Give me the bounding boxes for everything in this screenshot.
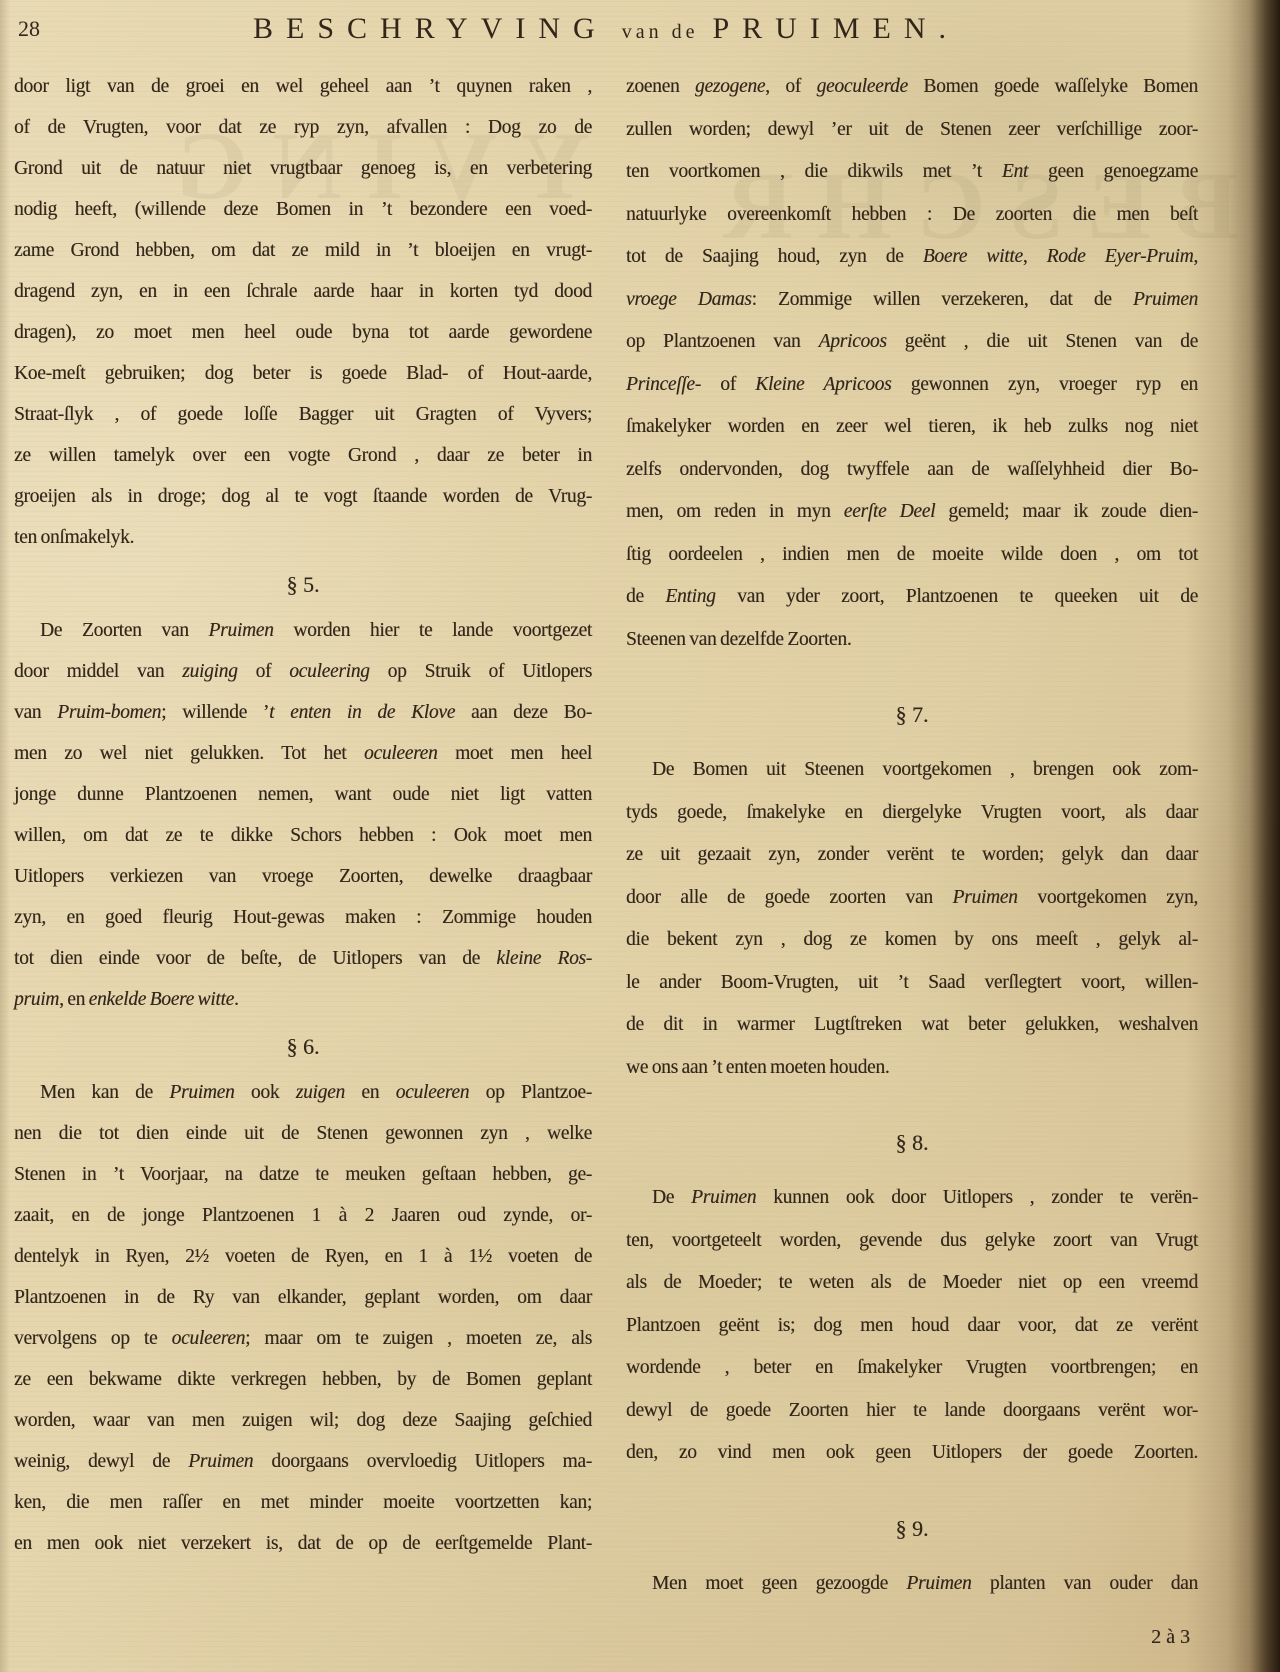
text-segment: dragen), zo moet men heel oude byna tot … — [14, 322, 592, 343]
italic-text-segment: Pruimen — [953, 887, 1018, 908]
italic-text-segment: Ent — [1002, 161, 1028, 182]
text-line: Men moet geen gezoogde Pruimen planten v… — [626, 1563, 1198, 1606]
italic-text-segment: eerſte Deel — [844, 501, 935, 522]
text-segment: gewonnen zyn, vroeger ryp en — [891, 374, 1198, 395]
text-line: of de Vrugten, voor dat ze ryp zyn, afva… — [14, 107, 592, 148]
text-segment: voortgekomen zyn, — [1018, 887, 1198, 908]
italic-text-segment: Apricoos — [819, 331, 887, 352]
text-line: natuurlyke overeenkomſt hebben : De zoor… — [626, 194, 1198, 237]
text-segment: wordende , beter en ſmakelyker Vrugten v… — [626, 1357, 1198, 1378]
header-title-part1: BESCHRYVING — [253, 12, 608, 45]
section-heading: § 6. — [14, 1033, 592, 1061]
text-segment: of — [238, 661, 290, 682]
text-segment: geen genoegzame — [1028, 161, 1198, 182]
text-segment: , of — [765, 76, 816, 97]
text-segment: Grond uit de natuur niet vrugtbaar genoe… — [14, 158, 592, 179]
section-heading: § 9. — [626, 1515, 1198, 1543]
text-segment: door middel van — [14, 661, 182, 682]
page-edge-left-shadow — [0, 0, 10, 1672]
text-line: Plantzoen geënt is; dog men houd daar vo… — [626, 1305, 1198, 1348]
text-segment: ze willen tamelyk over een vogte Grond ,… — [14, 445, 592, 466]
italic-text-segment: Enting — [665, 586, 715, 607]
text-column-left: door ligt van de groei en wel geheel aan… — [14, 66, 592, 1605]
text-line: Straat-ſlyk , of goede loſſe Bagger uit … — [14, 394, 592, 435]
text-segment: door alle de goede zoorten van — [626, 887, 953, 908]
text-segment: weinig, dewyl de — [14, 1451, 188, 1472]
text-segment: Men moet geen gezoogde — [652, 1573, 906, 1594]
italic-text-segment: oculeeren — [172, 1328, 245, 1349]
text-segment: Stenen in ’t Voorjaar, na datze te meuke… — [14, 1164, 592, 1185]
text-segment: Bomen goede waſſelyke Bomen — [908, 76, 1198, 97]
text-line: ten onſmakelyk. — [14, 517, 592, 558]
catchword: 2 à 3 — [1090, 1626, 1190, 1649]
text-line: willen, om dat ze te dikke Schors hebben… — [14, 815, 592, 856]
italic-text-segment: oculeering — [289, 661, 369, 682]
text-line: dentelyk in Ryen, 2½ voeten de Ryen, en … — [14, 1236, 592, 1277]
text-segment: van yder zoort, Plantzoenen te queeken u… — [716, 586, 1198, 607]
text-line: nen die tot dien einde uit de Stenen gew… — [14, 1113, 592, 1154]
text-line: en men ook niet verzekert is, dat de op … — [14, 1523, 592, 1564]
text-segment: op Struik of Uitlopers — [370, 661, 592, 682]
text-line: ſmakelyker worden en zeer wel tieren, ik… — [626, 406, 1198, 449]
text-line: dragen), zo moet men heel oude byna tot … — [14, 312, 592, 353]
text-segment: men, om reden in myn — [626, 501, 844, 522]
text-line: Plantzoenen in de Ry van elkander, gepla… — [14, 1277, 592, 1318]
text-segment: nen die tot dien einde uit de Stenen gew… — [14, 1123, 592, 1144]
text-line: als de Moeder; te weten als de Moeder ni… — [626, 1262, 1198, 1305]
text-segment: gemeld; maar ik zoude dien- — [935, 501, 1198, 522]
text-line: tot de Saajing houd, zyn de Boere witte,… — [626, 236, 1198, 279]
text-line: de dit in warmer Lugtſtreken wat beter g… — [626, 1004, 1198, 1047]
text-segment: natuurlyke overeenkomſt hebben : De zoor… — [626, 204, 1198, 225]
text-segment: Steenen van dezelfde Zoorten. — [626, 629, 851, 650]
text-line: tot dien einde voor de beſte, de Uitlope… — [14, 938, 592, 979]
italic-text-segment: geoculeerde — [817, 76, 908, 97]
text-line: Grond uit de natuur niet vrugtbaar genoe… — [14, 148, 592, 189]
text-line: Steenen van dezelfde Zoorten. — [626, 619, 1198, 662]
text-line: van Pruim-bomen; willende ’t enten in de… — [14, 692, 592, 733]
text-segment: zaait, en de jonge Plantzoenen 1 à 2 Jaa… — [14, 1205, 592, 1226]
text-segment: en — [345, 1082, 396, 1103]
text-segment: geënt , die uit Stenen van de — [887, 331, 1198, 352]
text-line: groeijen als in droge; dog al te vogt ſt… — [14, 476, 592, 517]
text-segment: Straat-ſlyk , of goede loſſe Bagger uit … — [14, 404, 592, 425]
text-segment: doorgaans overvloedig Uitlopers ma- — [253, 1451, 592, 1472]
text-segment: op Plantzoe- — [469, 1082, 592, 1103]
italic-text-segment: enkelde Boere witte — [89, 989, 234, 1010]
text-segment: tyds goede, ſmakelyke en diergelyke Vrug… — [626, 802, 1198, 823]
text-line: door ligt van de groei en wel geheel aan… — [14, 66, 592, 107]
text-line: De Pruimen kunnen ook door Uitlopers , z… — [626, 1177, 1198, 1220]
italic-text-segment: Pruimen — [169, 1082, 234, 1103]
text-line: zame Grond hebben, om dat ze mild in ’t … — [14, 230, 592, 271]
text-segment: zyn, en goed fleurig Hout-gewas maken : … — [14, 907, 592, 928]
text-segment: zame Grond hebben, om dat ze mild in ’t … — [14, 240, 592, 261]
italic-text-segment: kleine Ros- — [496, 948, 592, 969]
text-line: wordende , beter en ſmakelyker Vrugten v… — [626, 1347, 1198, 1390]
running-header: BESCHRYVING van de PRUIMEN. — [0, 12, 1212, 46]
text-segment: door ligt van de groei en wel geheel aan… — [14, 76, 592, 97]
text-segment: ze uit gezaait zyn, zonder verënt te wor… — [626, 844, 1198, 865]
text-segment: tot dien einde voor de beſte, de Uitlope… — [14, 948, 496, 969]
text-line: zaait, en de jonge Plantzoenen 1 à 2 Jaa… — [14, 1195, 592, 1236]
text-column-right: zoenen gezogene, of geoculeerde Bomen go… — [626, 66, 1198, 1605]
text-line: De Bomen uit Steenen voortgekomen , bren… — [626, 749, 1198, 792]
text-line: dragend zyn, en in een ſchrale aarde haa… — [14, 271, 592, 312]
text-line: zullen worden; dewyl ’er uit de Stenen z… — [626, 109, 1198, 152]
text-segment: we ons aan ’t enten moeten houden. — [626, 1057, 889, 1078]
text-segment: ten onſmakelyk. — [14, 527, 134, 548]
text-segment: ook — [234, 1082, 295, 1103]
text-segment: De — [652, 1187, 691, 1208]
text-line: worden, waar van men zuigen wil; dog dez… — [14, 1400, 592, 1441]
text-line: zyn, en goed fleurig Hout-gewas maken : … — [14, 897, 592, 938]
text-line: die bekent zyn , dog ze komen by ons mee… — [626, 919, 1198, 962]
italic-text-segment: Pruimen — [209, 620, 274, 641]
text-segment: : Zommige willen verzekeren, dat de — [752, 289, 1133, 310]
text-line: Stenen in ’t Voorjaar, na datze te meuke… — [14, 1154, 592, 1195]
text-segment: zoenen — [626, 76, 695, 97]
text-line: Koe-meſt gebruiken; dog beter is goede B… — [14, 353, 592, 394]
text-line: jonge dunne Plantzoenen nemen, want oude… — [14, 774, 592, 815]
text-line: door alle de goede zoorten van Pruimen v… — [626, 877, 1198, 920]
text-line: De Zoorten van Pruimen worden hier te la… — [14, 610, 592, 651]
italic-text-segment: Pruimen — [691, 1187, 756, 1208]
text-segment: , — [1023, 246, 1047, 267]
text-line: ken, die men raſſer en met minder moeite… — [14, 1482, 592, 1523]
text-segment: worden hier te lande voortgezet — [274, 620, 592, 641]
text-columns: door ligt van de groei en wel geheel aan… — [14, 66, 1198, 1605]
text-segment: of — [701, 374, 755, 395]
text-segment: zelfs ondervonden, dog twyffele aan de w… — [626, 459, 1198, 480]
text-line: ſtig oordeelen , indien men de moeite wi… — [626, 534, 1198, 577]
text-line: le ander Boom-Vrugten, uit ’t Saad verſl… — [626, 962, 1198, 1005]
text-line: nodig heeft, (willende deze Bomen in ’t … — [14, 189, 592, 230]
text-line: ze willen tamelyk over een vogte Grond ,… — [14, 435, 592, 476]
text-line: door middel van zuiging of oculeering op… — [14, 651, 592, 692]
text-segment: De Bomen uit Steenen voortgekomen , bren… — [652, 759, 1198, 780]
text-segment: vervolgens op te — [14, 1328, 172, 1349]
text-segment: groeijen als in droge; dog al te vogt ſt… — [14, 486, 592, 507]
text-segment: ; willende ’ — [161, 702, 269, 723]
text-segment: De Zoorten van — [40, 620, 209, 641]
italic-text-segment: oculeeren — [396, 1082, 469, 1103]
text-segment: en men ook niet verzekert is, dat de op … — [14, 1533, 592, 1554]
italic-text-segment: Pruim-bomen — [57, 702, 161, 723]
italic-text-segment: Rode Eyer-Pruim — [1047, 246, 1194, 267]
text-segment: dragend zyn, en in een ſchrale aarde haa… — [14, 281, 592, 302]
text-line: dewyl de goede Zoorten hier te lande doo… — [626, 1390, 1198, 1433]
text-line: we ons aan ’t enten moeten houden. — [626, 1047, 1198, 1090]
text-segment: Men kan de — [40, 1082, 169, 1103]
italic-text-segment: gezogene — [695, 76, 765, 97]
text-segment: ten, voortgeteelt worden, gevende dus ge… — [626, 1230, 1198, 1251]
text-segment: Koe-meſt gebruiken; dog beter is goede B… — [14, 363, 592, 384]
text-segment: zullen worden; dewyl ’er uit de Stenen z… — [626, 119, 1198, 140]
text-line: ten, voortgeteelt worden, gevende dus ge… — [626, 1220, 1198, 1263]
italic-text-segment: zuigen — [296, 1082, 345, 1103]
text-segment: ze een bekwame dikte verkregen hebben, b… — [14, 1369, 592, 1390]
text-line: Princeſſe- of Kleine Apricoos gewonnen z… — [626, 364, 1198, 407]
text-segment: dentelyk in Ryen, 2½ voeten de Ryen, en … — [14, 1246, 592, 1267]
italic-text-segment: Kleine Apricoos — [755, 374, 891, 395]
text-segment: moet men heel — [437, 743, 592, 764]
section-heading: § 7. — [626, 701, 1198, 729]
text-line: pruim, en enkelde Boere witte. — [14, 979, 592, 1020]
text-line: de Enting van yder zoort, Plantzoenen te… — [626, 576, 1198, 619]
header-title-part2: van de — [622, 21, 699, 43]
text-segment: jonge dunne Plantzoenen nemen, want oude… — [14, 784, 592, 805]
italic-text-segment: oculeeren — [364, 743, 437, 764]
text-line: ze uit gezaait zyn, zonder verënt te wor… — [626, 834, 1198, 877]
text-line: vroege Damas: Zommige willen verzekeren,… — [626, 279, 1198, 322]
text-segment: of de Vrugten, voor dat ze ryp zyn, afva… — [14, 117, 592, 138]
text-segment: willen, om dat ze te dikke Schors hebben… — [14, 825, 592, 846]
text-segment: planten van ouder dan — [971, 1573, 1198, 1594]
text-segment: men zo wel niet gelukken. Tot het — [14, 743, 364, 764]
italic-text-segment: pruim — [14, 989, 59, 1010]
text-line: men, om reden in myn eerſte Deel gemeld;… — [626, 491, 1198, 534]
italic-text-segment: Pruimen — [188, 1451, 253, 1472]
header-title-part3: PRUIMEN. — [712, 12, 959, 45]
text-line: weinig, dewyl de Pruimen doorgaans overv… — [14, 1441, 592, 1482]
text-line: Uitlopers verkiezen van vroege Zoorten, … — [14, 856, 592, 897]
text-segment: tot de Saajing houd, zyn de — [626, 246, 923, 267]
italic-text-segment: t enten in de Klove — [269, 702, 455, 723]
text-line: vervolgens op te oculeeren; maar om te z… — [14, 1318, 592, 1359]
text-line: men zo wel niet gelukken. Tot het oculee… — [14, 733, 592, 774]
italic-text-segment: Boere witte — [923, 246, 1023, 267]
text-segment: Uitlopers verkiezen van vroege Zoorten, … — [14, 866, 592, 887]
text-segment: ; maar om te zuigen , moeten ze, als — [245, 1328, 592, 1349]
italic-text-segment: Princeſſe- — [626, 374, 701, 395]
text-line: zoenen gezogene, of geoculeerde Bomen go… — [626, 66, 1198, 109]
text-segment: le ander Boom-Vrugten, uit ’t Saad verſl… — [626, 972, 1198, 993]
text-segment: Plantzoenen in de Ry van elkander, gepla… — [14, 1287, 592, 1308]
book-binding-edge-shadow — [1185, 0, 1280, 1672]
italic-text-segment: zuiging — [182, 661, 237, 682]
text-segment: . — [234, 989, 239, 1010]
section-heading: § 8. — [626, 1129, 1198, 1157]
text-line: Men kan de Pruimen ook zuigen en oculeer… — [14, 1072, 592, 1113]
text-segment: de dit in warmer Lugtſtreken wat beter g… — [626, 1014, 1198, 1035]
section-heading: § 5. — [14, 571, 592, 599]
text-segment: als de Moeder; te weten als de Moeder ni… — [626, 1272, 1198, 1293]
text-segment: aan deze Bo- — [455, 702, 592, 723]
text-segment: den, zo vind men ook geen Uitlopers der … — [626, 1442, 1198, 1463]
text-segment: kunnen ook door Uitlopers , zonder te ve… — [756, 1187, 1198, 1208]
text-segment: die bekent zyn , dog ze komen by ons mee… — [626, 929, 1198, 950]
text-segment: worden, waar van men zuigen wil; dog dez… — [14, 1410, 592, 1431]
scanned-book-page: { "page": { "number": "28", "header": { … — [0, 0, 1280, 1672]
italic-text-segment: Pruimen — [906, 1573, 971, 1594]
text-line: ten voortkomen , die dikwils met ’t Ent … — [626, 151, 1198, 194]
text-segment: ken, die men raſſer en met minder moeite… — [14, 1492, 592, 1513]
text-segment: de — [626, 586, 665, 607]
text-segment: ſtig oordeelen , indien men de moeite wi… — [626, 544, 1198, 565]
text-line: tyds goede, ſmakelyke en diergelyke Vrug… — [626, 792, 1198, 835]
text-segment: op Plantzoenen van — [626, 331, 819, 352]
text-segment: nodig heeft, (willende deze Bomen in ’t … — [14, 199, 592, 220]
text-line: ze een bekwame dikte verkregen hebben, b… — [14, 1359, 592, 1400]
text-segment: ten voortkomen , die dikwils met ’t — [626, 161, 1002, 182]
text-line: den, zo vind men ook geen Uitlopers der … — [626, 1432, 1198, 1475]
text-segment: Plantzoen geënt is; dog men houd daar vo… — [626, 1315, 1198, 1336]
text-segment: dewyl de goede Zoorten hier te lande doo… — [626, 1400, 1198, 1421]
text-segment: , en — [59, 989, 89, 1010]
text-segment: van — [14, 702, 57, 723]
text-line: op Plantzoenen van Apricoos geënt , die … — [626, 321, 1198, 364]
text-line: zelfs ondervonden, dog twyffele aan de w… — [626, 449, 1198, 492]
italic-text-segment: vroege Damas — [626, 289, 752, 310]
text-segment: ſmakelyker worden en zeer wel tieren, ik… — [626, 416, 1198, 437]
